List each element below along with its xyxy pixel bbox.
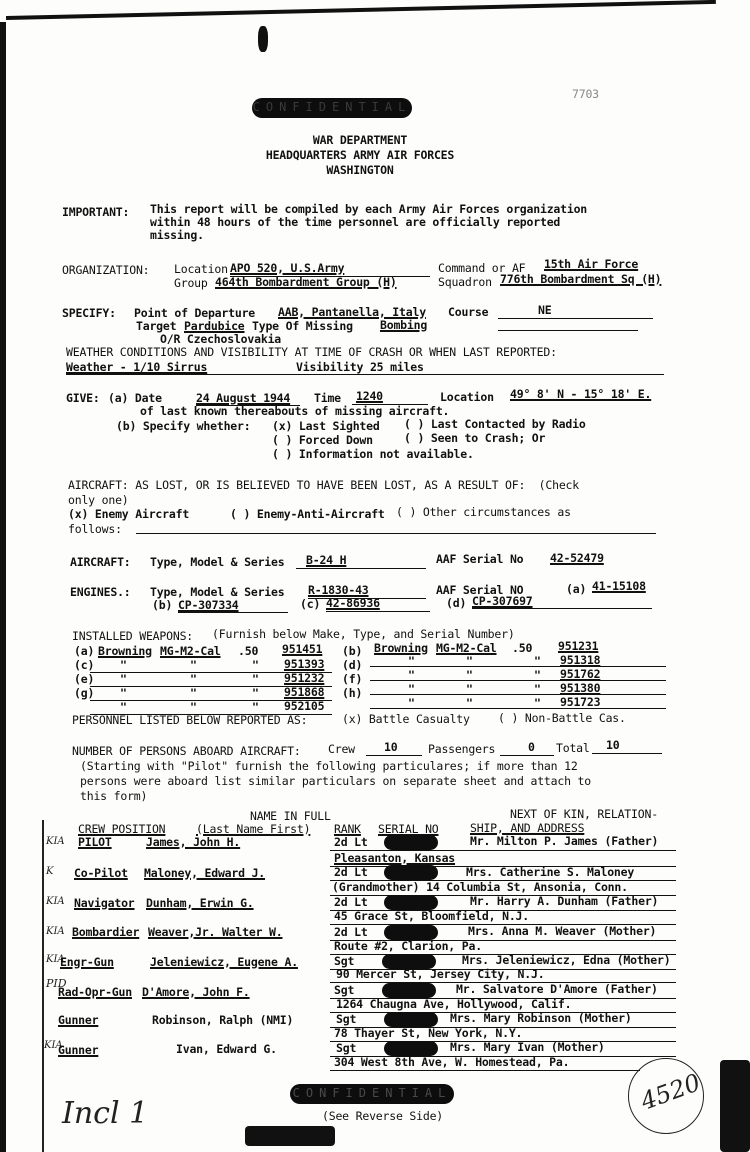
total-underline (592, 753, 662, 754)
aircraft-serial-label: AAF Serial No (436, 553, 523, 566)
ditto: " (252, 673, 259, 686)
ditto: " (534, 669, 541, 682)
crew-name: Ivan, Edward G. (176, 1043, 277, 1056)
engines-serial-b: CP-307334 (178, 599, 239, 612)
option-mark: (x) (272, 419, 292, 433)
give-label: GIVE: (66, 392, 100, 405)
crew-address: 45 Grace St, Bloomfield, N.J. (334, 910, 529, 923)
option-last-contacted[interactable]: ( ) Last Contacted by Radio (404, 418, 586, 431)
crew-name: James, John H. (146, 836, 240, 849)
option-mark: ( ) (272, 447, 292, 461)
specify-label: SPECIFY: (62, 307, 116, 320)
crew-rank: 2d Lt (334, 896, 368, 909)
engines-serial-d-underline (472, 608, 652, 609)
weapon-serial-e: 951232 (284, 672, 324, 685)
weapon-make: Browning (98, 645, 152, 658)
crew-address: 90 Mercer St, Jersey City, N.J. (336, 968, 544, 981)
ditto: " (408, 669, 415, 682)
squadron-value: 776th Bombardment Sq (H) (500, 273, 661, 286)
ditto: " (466, 655, 473, 668)
give-a-sub: of last known thereabouts of missing air… (140, 405, 449, 418)
weapons-label: INSTALLED WEAPONS: (72, 630, 193, 643)
time-value: 1240 (356, 390, 383, 403)
engines-serial-d-letter: (d) (446, 597, 466, 610)
scan-edge-corner (720, 1060, 750, 1152)
ditto: " (408, 655, 415, 668)
ditto: " (466, 683, 473, 696)
weapon-serial-g: 951868 (284, 686, 324, 699)
document-number: 7703 (572, 88, 599, 101)
ditto: " (466, 669, 473, 682)
total-count: 10 (606, 739, 619, 752)
weapon-serial-extra-right: 951723 (560, 696, 600, 709)
weapon-h-letter: (h) (342, 687, 362, 700)
group-value: 464th Bombardment Group (H) (215, 276, 397, 289)
persons-note-2: persons were aboard list similar particu… (80, 775, 591, 788)
location-coord-label: Location (440, 391, 494, 404)
crew-address: 304 West 8th Ave, W. Homestead, Pa. (334, 1056, 569, 1069)
crew-rank: Sgt (336, 1042, 356, 1055)
weapon-serial-h: 951380 (560, 682, 600, 695)
crew-position: Bombardier (72, 926, 139, 939)
weapon-b-letter: (b) (342, 645, 362, 658)
ditto: " (190, 659, 197, 672)
loss-cause-line-1: AIRCRAFT: AS LOST, OR IS BELIEVED TO HAV… (68, 479, 579, 492)
crew-name: Jeleniewicz, Eugene A. (150, 956, 298, 969)
header-kin-top: NEXT OF KIN, RELATION- (510, 808, 658, 821)
crew-underline (366, 755, 422, 756)
weapon-serial-b: 951231 (558, 640, 598, 653)
scan-edge-left (0, 22, 6, 1152)
redacted-serial (384, 1012, 438, 1027)
ditto: " (120, 687, 127, 700)
option-forced-down[interactable]: ( ) Forced Down (272, 434, 373, 447)
crew-count: 10 (384, 741, 397, 754)
ditto: " (408, 683, 415, 696)
option-last-sighted[interactable]: (x) Last Sighted (272, 420, 380, 433)
total-label: Total (556, 742, 590, 755)
crew-rank: Sgt (334, 984, 354, 997)
crew-name: D'Amore, John F. (142, 986, 250, 999)
command-value: 15th Air Force (544, 258, 638, 271)
redacted-serial (384, 925, 438, 940)
crew-rank: 2d Lt (334, 866, 368, 879)
personnel-label: PERSONNEL LISTED BELOW REPORTED AS: (72, 714, 307, 727)
crew-name: Dunham, Erwin G. (146, 897, 254, 910)
weather-value: Weather - 1/10 Sirrus (66, 361, 207, 374)
option-other-circumstances[interactable]: ( ) Other circumstances as (396, 506, 571, 519)
important-line-2: within 48 hours of the time personnel ar… (150, 216, 560, 229)
ditto: " (190, 673, 197, 686)
course-value: NE (538, 304, 551, 317)
crew-kin: Mrs. Jeleniewicz, Edna (Mother) (462, 954, 670, 967)
weapon-d-letter: (d) (342, 659, 362, 672)
aircraft-type-underline (296, 568, 426, 569)
redacted-serial (384, 835, 438, 850)
weapon-serial-extra-left: 952105 (284, 700, 324, 713)
see-reverse-side: (See Reverse Side) (322, 1110, 443, 1123)
specify-whether-label: (b) Specify whether: (116, 420, 250, 433)
weapons-note: (Furnish below Make, Type, and Serial Nu… (212, 628, 515, 641)
engines-serial-d: CP-307697 (472, 595, 533, 608)
crew-rank: 2d Lt (334, 926, 368, 939)
aircraft-label: AIRCRAFT: (70, 556, 131, 569)
crew-kin: Mr. Salvatore D'Amore (Father) (456, 983, 658, 996)
crew-position: Gunner (58, 1044, 98, 1057)
crew-kin: Mrs. Mary Robinson (Mother) (450, 1012, 632, 1025)
persons-note-1: (Starting with "Pilot" furnish the follo… (80, 760, 578, 773)
ditto: " (534, 655, 541, 668)
weapon-type: MG-M2-Cal (160, 645, 221, 658)
crew-kin: Mrs. Anna M. Weaver (Mother) (468, 925, 656, 938)
redacted-serial (384, 895, 438, 910)
option-mark: ( ) (404, 431, 424, 445)
engines-serial-a-letter: (a) (566, 583, 586, 596)
extra-underline (498, 330, 638, 331)
scan-edge-top (6, 0, 716, 20)
ditto: " (120, 659, 127, 672)
engines-serial-c: 42-86936 (326, 597, 380, 610)
follows-label: follows: (68, 523, 122, 536)
non-battle-casualty-option[interactable]: ( ) Non-Battle Cas. (498, 712, 626, 725)
weapon-e-letter: (e) (74, 673, 94, 686)
crew-name: Maloney, Edward J. (144, 867, 265, 880)
crew-position: Gunner (58, 1014, 98, 1027)
scan-smudge (258, 26, 268, 52)
crew-label: Crew (328, 743, 355, 756)
crew-kin: Mr. Milton P. James (Father) (470, 835, 658, 848)
option-mark: ( ) (396, 505, 416, 519)
weapon-g-letter: (g) (74, 687, 94, 700)
option-seen-to-crash[interactable]: ( ) Seen to Crash; Or (404, 432, 545, 445)
crew-kin: Mrs. Catherine S. Maloney (466, 866, 634, 879)
document-page: CONFIDENTIAL 7703 WAR DEPARTMENT HEADQUA… (0, 0, 750, 1152)
crew-position: Co-Pilot (74, 867, 128, 880)
option-mark: ( ) (230, 507, 250, 521)
handwritten-initials: Incl 1 (62, 1096, 148, 1131)
loss-cause-line-2: only one) (68, 494, 129, 507)
crew-name: Weaver,Jr. Walter W. (148, 926, 282, 939)
city-title: WASHINGTON (200, 164, 520, 177)
battle-casualty-option[interactable]: (x) Battle Casualty (342, 713, 470, 726)
option-info-not-available[interactable]: ( ) Information not available. (272, 448, 474, 461)
weapon-serial-f: 951762 (560, 668, 600, 681)
weather-underline (66, 374, 664, 375)
engines-serial-b-letter: (b) (152, 599, 172, 612)
crew-address: 78 Thayer St, New York, N.Y. (334, 1027, 522, 1040)
option-mark: ( ) (404, 417, 424, 431)
row-rule (330, 1070, 640, 1071)
persons-aboard-label: NUMBER OF PERSONS ABOARD AIRCRAFT: (72, 745, 301, 758)
crew-address: Pleasanton, Kansas (334, 852, 455, 865)
engines-serial-b-underline (178, 612, 288, 613)
ditto: " (466, 697, 473, 710)
option-mark: (x) (68, 507, 88, 521)
location-value: APO 520, U.S.Army (230, 262, 344, 275)
course-label: Course (448, 306, 488, 319)
course-underline (498, 318, 653, 319)
passengers-count: 0 (528, 741, 535, 754)
department-title: WAR DEPARTMENT (200, 134, 520, 147)
crew-position: PILOT (78, 836, 112, 849)
persons-note-3: this form) (80, 790, 147, 803)
classification-stamp-top: CONFIDENTIAL (252, 98, 412, 118)
weapon-caliber-right: .50 (512, 642, 532, 655)
aircraft-type-label: Type, Model & Series (150, 556, 284, 569)
engines-serial-c-letter: (c) (300, 598, 320, 611)
ditto: " (408, 697, 415, 710)
important-line-3: missing. (150, 229, 204, 242)
weapon-make-right: Browning (374, 642, 428, 655)
location-coord-value: 49° 8' N - 15° 18' E. (510, 388, 651, 401)
passengers-underline (500, 755, 554, 756)
follows-underline (136, 533, 656, 534)
status-mark: KIA (46, 926, 65, 937)
weapon-serial-c: 951393 (284, 658, 324, 671)
option-enemy-anti-aircraft[interactable]: ( ) Enemy-Anti-Aircraft (230, 508, 385, 521)
weapon-c-letter: (c) (74, 659, 94, 672)
aircraft-type-value: B-24 H (306, 554, 346, 567)
weather-label: WEATHER CONDITIONS AND VISIBILITY AT TIM… (66, 346, 557, 359)
group-label: Group (174, 277, 208, 290)
crew-kin: Mr. Harry A. Dunham (Father) (470, 895, 658, 908)
weapon-serial-d: 951318 (560, 654, 600, 667)
weapon-a-letter: (a) (74, 645, 94, 658)
ditto: " (190, 687, 197, 700)
ditto: " (534, 683, 541, 696)
visibility-value: Visibility 25 miles (296, 361, 424, 374)
crew-address: 1264 Chaugna Ave, Hollywood, Calif. (336, 998, 571, 1011)
passengers-label: Passengers (428, 743, 495, 756)
ditto: " (252, 687, 259, 700)
crew-rank: 2d Lt (334, 836, 368, 849)
ditto: " (252, 659, 259, 672)
redacted-serial (384, 865, 438, 880)
scan-smudge-bottom (245, 1126, 335, 1146)
engines-serial-a: 41-15108 (592, 580, 646, 593)
aircraft-serial-value: 42-52479 (550, 552, 604, 565)
squadron-label: Squadron (438, 276, 492, 289)
ditto: " (120, 673, 127, 686)
weapon-caliber: .50 (238, 645, 258, 658)
crew-address: (Grandmother) 14 Columbia St, Ansonia, C… (332, 881, 628, 894)
crew-rank: Sgt (336, 1013, 356, 1026)
scan-edge-left-inner (42, 820, 44, 1152)
status-mark: KIA (46, 896, 65, 907)
weapon-f-letter: (f) (342, 673, 362, 686)
redacted-serial (382, 983, 436, 998)
redacted-serial (384, 1041, 438, 1056)
crew-name: Robinson, Ralph (NMI) (152, 1014, 293, 1027)
headquarters-title: HEADQUARTERS ARMY AIR FORCES (200, 149, 520, 162)
crew-position: Rad-Opr-Gun (58, 986, 132, 999)
engines-label: ENGINES.: (70, 586, 131, 599)
organization-label: ORGANIZATION: (62, 264, 149, 277)
engines-serial-c-underline (326, 611, 430, 612)
weapon-serial-a: 951451 (282, 643, 322, 656)
mission-type-value: Bombing (380, 319, 427, 332)
option-mark: ( ) (272, 433, 292, 447)
status-mark: K (46, 866, 53, 877)
crew-address: Route #2, Clarion, Pa. (334, 940, 482, 953)
ditto: " (534, 697, 541, 710)
status-mark: KIA (46, 836, 65, 847)
important-label: IMPORTANT: (62, 206, 129, 219)
crew-position: Navigator (74, 897, 135, 910)
crew-position: Engr-Gun (60, 956, 114, 969)
crew-kin: Mrs. Mary Ivan (Mother) (450, 1041, 605, 1054)
classification-stamp-bottom: CONFIDENTIAL (290, 1084, 454, 1104)
option-enemy-aircraft[interactable]: (x) Enemy Aircraft (68, 508, 189, 521)
